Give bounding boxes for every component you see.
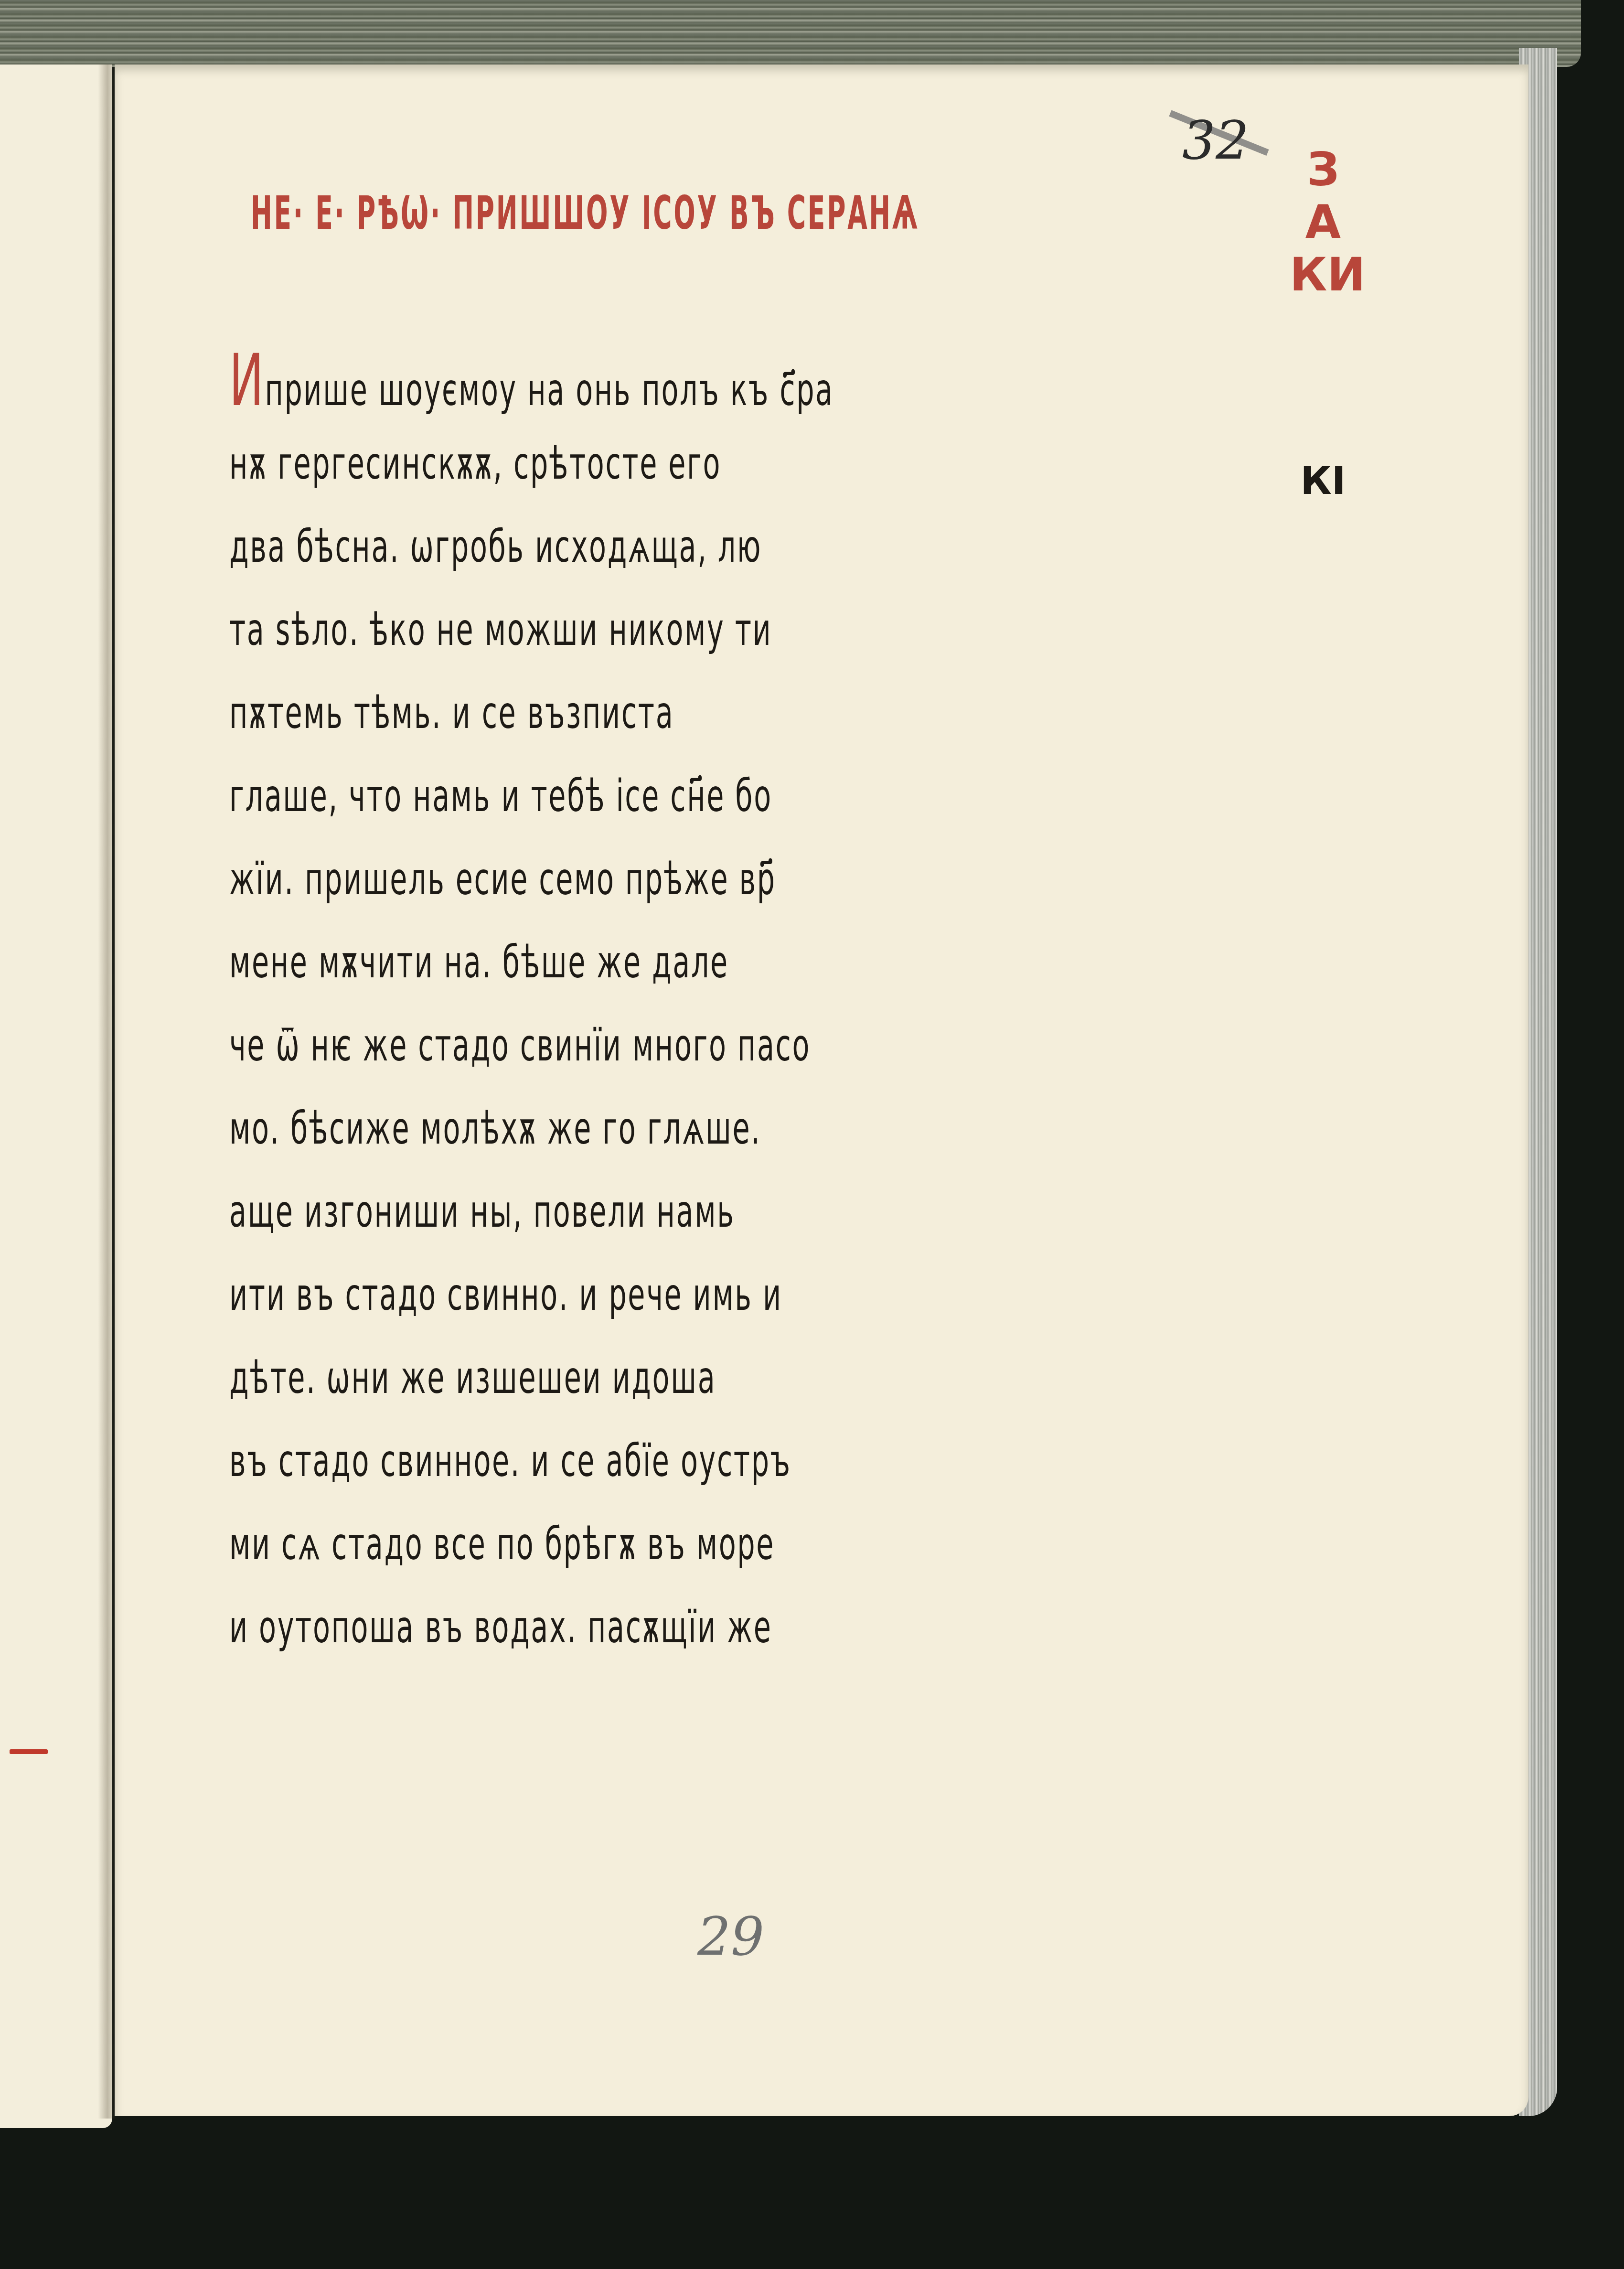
- text-line: въ стадо свинное. и се абїе оустръ: [229, 1420, 841, 1503]
- text-line: та ѕѣло. ѣко не можши никому ти: [229, 589, 841, 672]
- text-line: дѣте. ѡни же изшешеи идоша: [229, 1337, 841, 1420]
- margin-note-red: З А КИ: [1290, 143, 1357, 301]
- text-line: че ѿ нѥ же стадо свинїи много пасо: [229, 1004, 841, 1087]
- text-line: и оутопоша въ водах. пасѫщїи же: [229, 1586, 841, 1669]
- text-line: аще изгониши ны, повели намь: [229, 1170, 841, 1253]
- margin-note-red-line: З: [1290, 143, 1357, 196]
- text-line: нѫ гергесинскѫѫ, срѣтосте его: [229, 422, 841, 505]
- text-line: пѫтемь тѣмь. и се възписта: [229, 672, 841, 755]
- margin-note-red-line: А: [1290, 196, 1357, 248]
- red-initial-letter: И: [229, 339, 265, 422]
- margin-note-red-line: КИ: [1290, 248, 1357, 301]
- text-line: глаше, что намь и тебѣ ісе сн҃е бо: [229, 755, 841, 838]
- main-text-block: Иприше шоуємоу на онь полъ къ с҃ра нѫ ге…: [229, 339, 1185, 1669]
- pencil-page-number: 29: [697, 1906, 764, 1967]
- text-line: ми сѧ стадо все по брѣгѫ въ море: [229, 1503, 841, 1586]
- margin-note-black: КІ: [1290, 459, 1357, 503]
- folio-number: 32: [1182, 110, 1249, 171]
- text-line: Иприше шоуємоу на онь полъ къ с҃ра: [229, 339, 841, 422]
- text-line: жїи. пришель есие семо прѣже вр҃: [229, 838, 841, 921]
- left-page-red-mark: [10, 1749, 48, 1754]
- left-facing-page: [0, 64, 112, 2128]
- text-line: два бѣсна. ѡгробь исходѧща, лю: [229, 505, 841, 589]
- book-gutter: [98, 64, 117, 2119]
- text-line: мене мѫчити на. бѣше же дале: [229, 921, 841, 1004]
- book-top-page-edges: [0, 0, 1581, 67]
- rubric-heading: НЕ· Е· РѢѠ· ПРИШШОУ ІСОУ ВЪ СЕРАНѦ: [251, 186, 919, 240]
- text-line: ити въ стадо свинно. и рече имь и: [229, 1253, 841, 1337]
- text-line: мо. бѣсиже молѣхѫ же го глѧше.: [229, 1087, 841, 1170]
- text-line-content: прише шоуємоу на онь полъ къ с҃ра: [265, 364, 833, 416]
